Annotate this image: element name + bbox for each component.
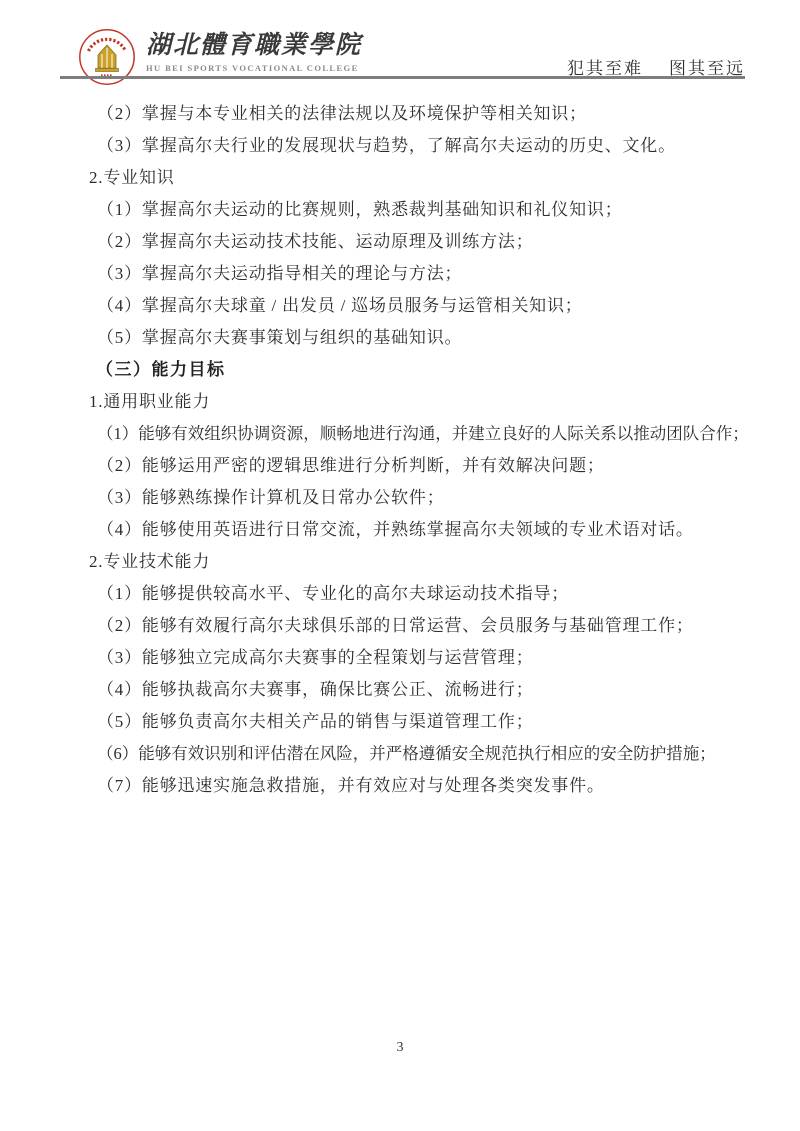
college-name-english: HU BEI SPORTS VOCATIONAL COLLEGE [146, 63, 362, 73]
paragraph: （2）能够运用严密的逻辑思维进行分析判断，并有效解决问题； [60, 456, 760, 476]
college-name-calligraphy: 湖北體育職業學院 [146, 30, 362, 62]
document-body: （2）掌握与本专业相关的法律法规以及环境保护等相关知识；（3）掌握高尔夫行业的发… [60, 104, 760, 808]
paragraph: （3）掌握高尔夫行业的发展现状与趋势，了解高尔夫运动的历史、文化。 [60, 136, 760, 156]
paragraph: （5）能够负责高尔夫相关产品的销售与渠道管理工作； [60, 712, 760, 732]
paragraph: （7）能够迅速实施急救措施，并有效应对与处理各类突发事件。 [60, 776, 760, 796]
document-page: 湖北體育職業學院 HU BEI SPORTS VOCATIONAL COLLEG… [0, 0, 800, 1131]
college-brand: 湖北體育職業學院 HU BEI SPORTS VOCATIONAL COLLEG… [146, 30, 362, 73]
paragraph: （5）掌握高尔夫赛事策划与组织的基础知识。 [60, 328, 760, 348]
paragraph: 2.专业知识 [60, 168, 760, 188]
paragraph: （3）掌握高尔夫运动指导相关的理论与方法； [60, 264, 760, 284]
paragraph: （4）能够执裁高尔夫赛事，确保比赛公正、流畅进行； [60, 680, 760, 700]
paragraph: （4）能够使用英语进行日常交流，并熟练掌握高尔夫领域的专业术语对话。 [60, 520, 760, 540]
paragraph: （1）能够提供较高水平、专业化的高尔夫球运动技术指导； [60, 584, 760, 604]
page-footer: 3 [0, 1040, 800, 1056]
paragraph: （1）掌握高尔夫运动的比赛规则，熟悉裁判基础知识和礼仪知识； [60, 200, 760, 220]
paragraph: （1）能够有效组织协调资源，顺畅地进行沟通，并建立良好的人际关系以推动团队合作； [60, 424, 760, 444]
paragraph: （6）能够有效识别和评估潜在风险，并严格遵循安全规范执行相应的安全防护措施； [60, 744, 760, 764]
paragraph: （3）能够独立完成高尔夫赛事的全程策划与运营管理； [60, 648, 760, 668]
paragraph: （2）掌握高尔夫运动技术技能、运动原理及训练方法； [60, 232, 760, 252]
page-number: 3 [397, 1040, 404, 1055]
section-heading: （三）能力目标 [60, 360, 760, 380]
paragraph: （2）掌握与本专业相关的法律法规以及环境保护等相关知识； [60, 104, 760, 124]
paragraph: 1.通用职业能力 [60, 392, 760, 412]
paragraph: 2.专业技术能力 [60, 552, 760, 572]
header-divider-rule [60, 76, 745, 79]
paragraph: （2）能够有效履行高尔夫球俱乐部的日常运营、会员服务与基础管理工作； [60, 616, 760, 636]
paragraph: （4）掌握高尔夫球童 / 出发员 / 巡场员服务与运管相关知识； [60, 296, 760, 316]
paragraph: （3）能够熟练操作计算机及日常办公软件； [60, 488, 760, 508]
